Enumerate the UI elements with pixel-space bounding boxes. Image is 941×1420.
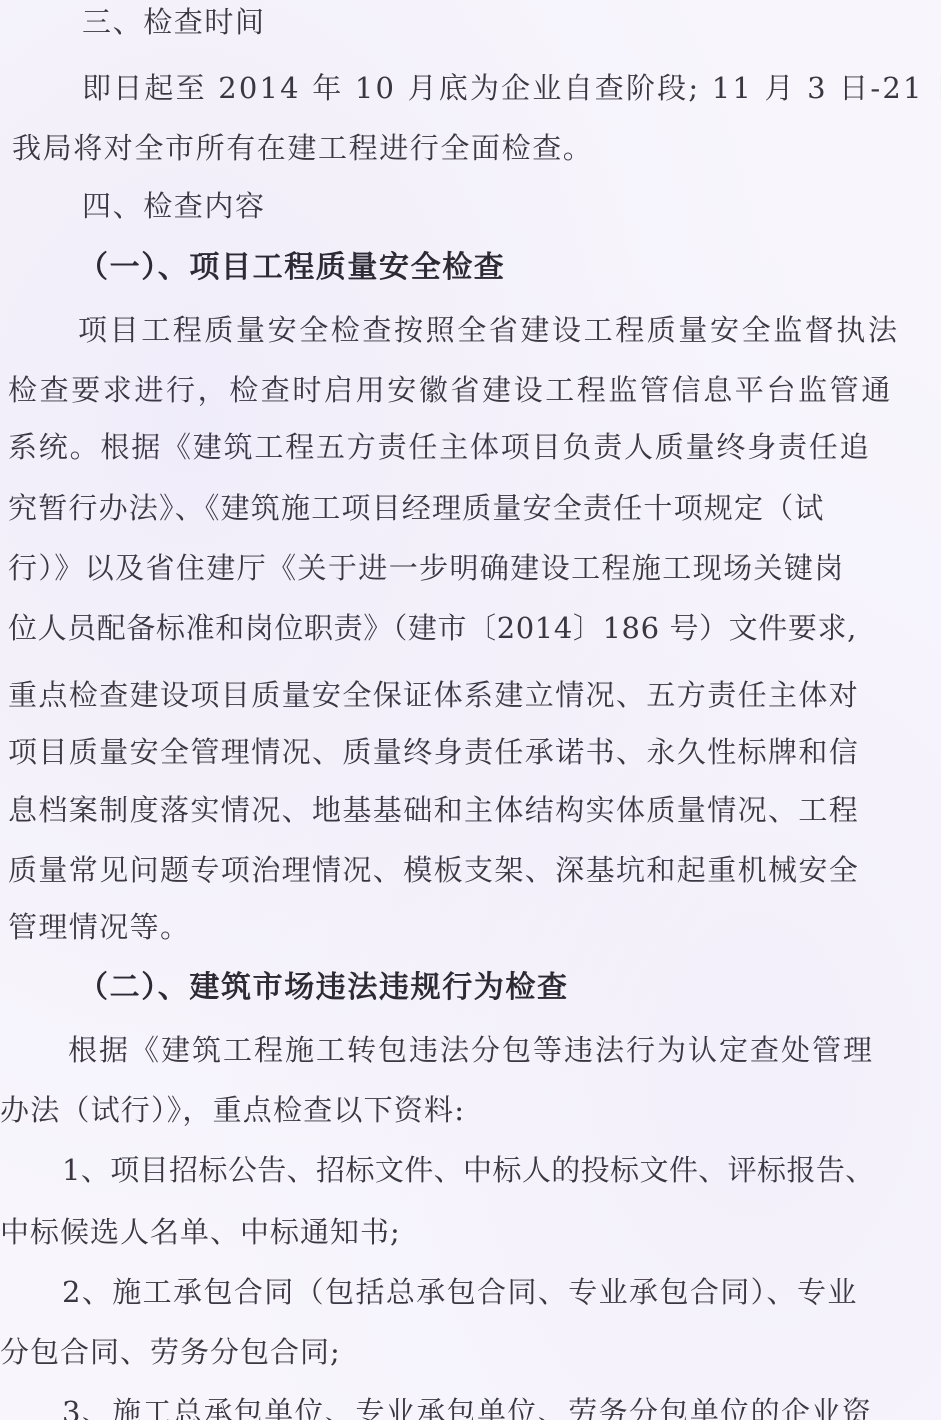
paragraph-line: 管理情况等。 bbox=[8, 907, 190, 947]
paragraph-line: 检查要求进行，检查时启用安徽省建设工程监管信息平台监管通 bbox=[8, 370, 893, 410]
paragraph-line: 根据《建筑工程施工转包违法分包等违法行为认定查处管理 bbox=[68, 1030, 874, 1070]
section-heading-inspection-content: 四、检查内容 bbox=[82, 186, 266, 226]
list-item-2-line: 分包合同、劳务分包合同; bbox=[0, 1332, 341, 1372]
paragraph-line: 息档案制度落实情况、地基基础和主体结构实体质量情况、工程 bbox=[8, 790, 859, 830]
paragraph-line: 系统。根据《建筑工程五方责任主体项目负责人质量终身责任追 bbox=[8, 427, 870, 467]
section-heading-inspection-time: 三、检查时间 bbox=[82, 2, 266, 42]
list-item-3-line: 3、施工总承包单位、专业承包单位、劳务分包单位的企业资 bbox=[62, 1392, 872, 1420]
paragraph-line: 办法（试行）》，重点检查以下资料: bbox=[0, 1090, 465, 1130]
paragraph-line: 位人员配备标准和岗位职责》（建市〔2014〕186 号）文件要求, bbox=[8, 608, 857, 648]
paragraph-line: 项目质量安全管理情况、质量终身责任承诺书、永久性标牌和信 bbox=[8, 732, 859, 772]
paragraph-line: 我局将对全市所有在建工程进行全面检查。 bbox=[12, 128, 593, 168]
list-item-1-line: 中标候选人名单、中标通知书; bbox=[0, 1212, 401, 1252]
paragraph-line: 行）》以及省住建厅《关于进一步明确建设工程施工现场关键岗 bbox=[8, 548, 845, 588]
paragraph-line: 究暂行办法》、《建筑施工项目经理质量安全责任十项规定（试 bbox=[8, 488, 825, 528]
paragraph-line: 质量常见问题专项治理情况、模板支架、深基坑和起重机械安全 bbox=[8, 850, 859, 890]
subsection-heading-market-violations: （二）、建筑市场违法违规行为检查 bbox=[78, 968, 569, 1008]
list-item-2-line: 2、施工承包合同（包括总承包合同、专业承包合同）、专业 bbox=[62, 1272, 858, 1312]
subsection-heading-quality-safety: （一）、项目工程质量安全检查 bbox=[78, 248, 505, 288]
list-item-1-line: 1、项目招标公告、招标文件、中标人的投标文件、评标报告、 bbox=[62, 1150, 875, 1190]
paragraph-line: 项目工程质量安全检查按照全省建设工程质量安全监督执法 bbox=[78, 310, 900, 350]
paragraph-line: 即日起至 2014 年 10 月底为企业自查阶段; 11 月 3 日-21 日, bbox=[82, 68, 941, 108]
document-page: 三、检查时间 即日起至 2014 年 10 月底为企业自查阶段; 11 月 3 … bbox=[0, 0, 941, 1420]
paragraph-line: 重点检查建设项目质量安全保证体系建立情况、五方责任主体对 bbox=[8, 675, 859, 715]
